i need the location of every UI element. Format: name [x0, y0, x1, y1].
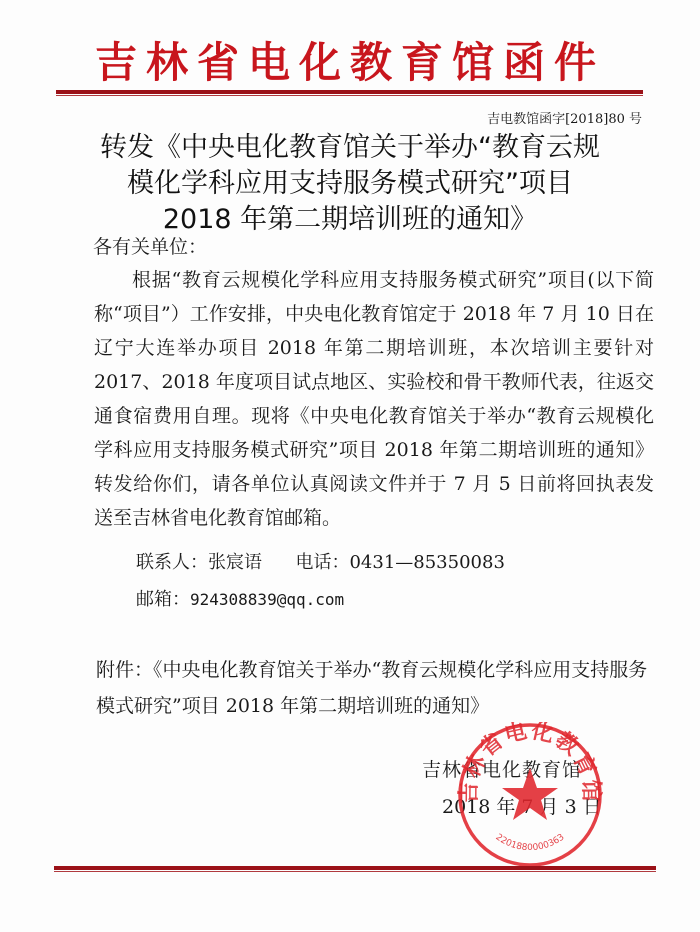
letterhead-title: 吉林省电化教育馆函件: [0, 30, 700, 90]
footer-divider: [54, 866, 656, 872]
salutation: 各有关单位：: [93, 232, 207, 259]
contact-person-label: 联系人：: [136, 552, 208, 573]
signature-date: 2018 年 7 月 3 日: [442, 792, 602, 819]
title-line: 转发《中央电化教育馆关于举办“教育云规: [40, 130, 660, 166]
email-address: 924308839@qq.com: [190, 590, 344, 609]
email-line: 邮箱：924308839@qq.com: [136, 585, 344, 611]
attachment-note: 附件：《中央电化教育馆关于举办“教育云规模化学科应用支持服务模式研究”项目 20…: [96, 652, 656, 724]
contact-phone: 0431—85350083: [349, 552, 504, 573]
email-label: 邮箱：: [136, 589, 190, 610]
body-paragraph: 根据“教育云规模化学科应用支持服务模式研究”项目(以下简称“项目”）工作安排，中…: [94, 263, 654, 535]
contact-phone-label: 电话：: [295, 552, 349, 573]
letterhead-divider: [56, 90, 643, 96]
title-line: 模化学科应用支持服务模式研究”项目: [40, 166, 660, 202]
svg-text:2201880000363: 2201880000363: [494, 832, 567, 853]
signature-org: 吉林省电化教育馆: [422, 755, 582, 782]
contact-person: 张宸语: [208, 552, 262, 573]
contact-line: 联系人：张宸语 电话：0431—85350083: [136, 548, 505, 574]
document-title: 转发《中央电化教育馆关于举办“教育云规 模化学科应用支持服务模式研究”项目 20…: [40, 130, 660, 238]
document-number: 吉电教馆函字[2018]80 号: [487, 108, 642, 127]
